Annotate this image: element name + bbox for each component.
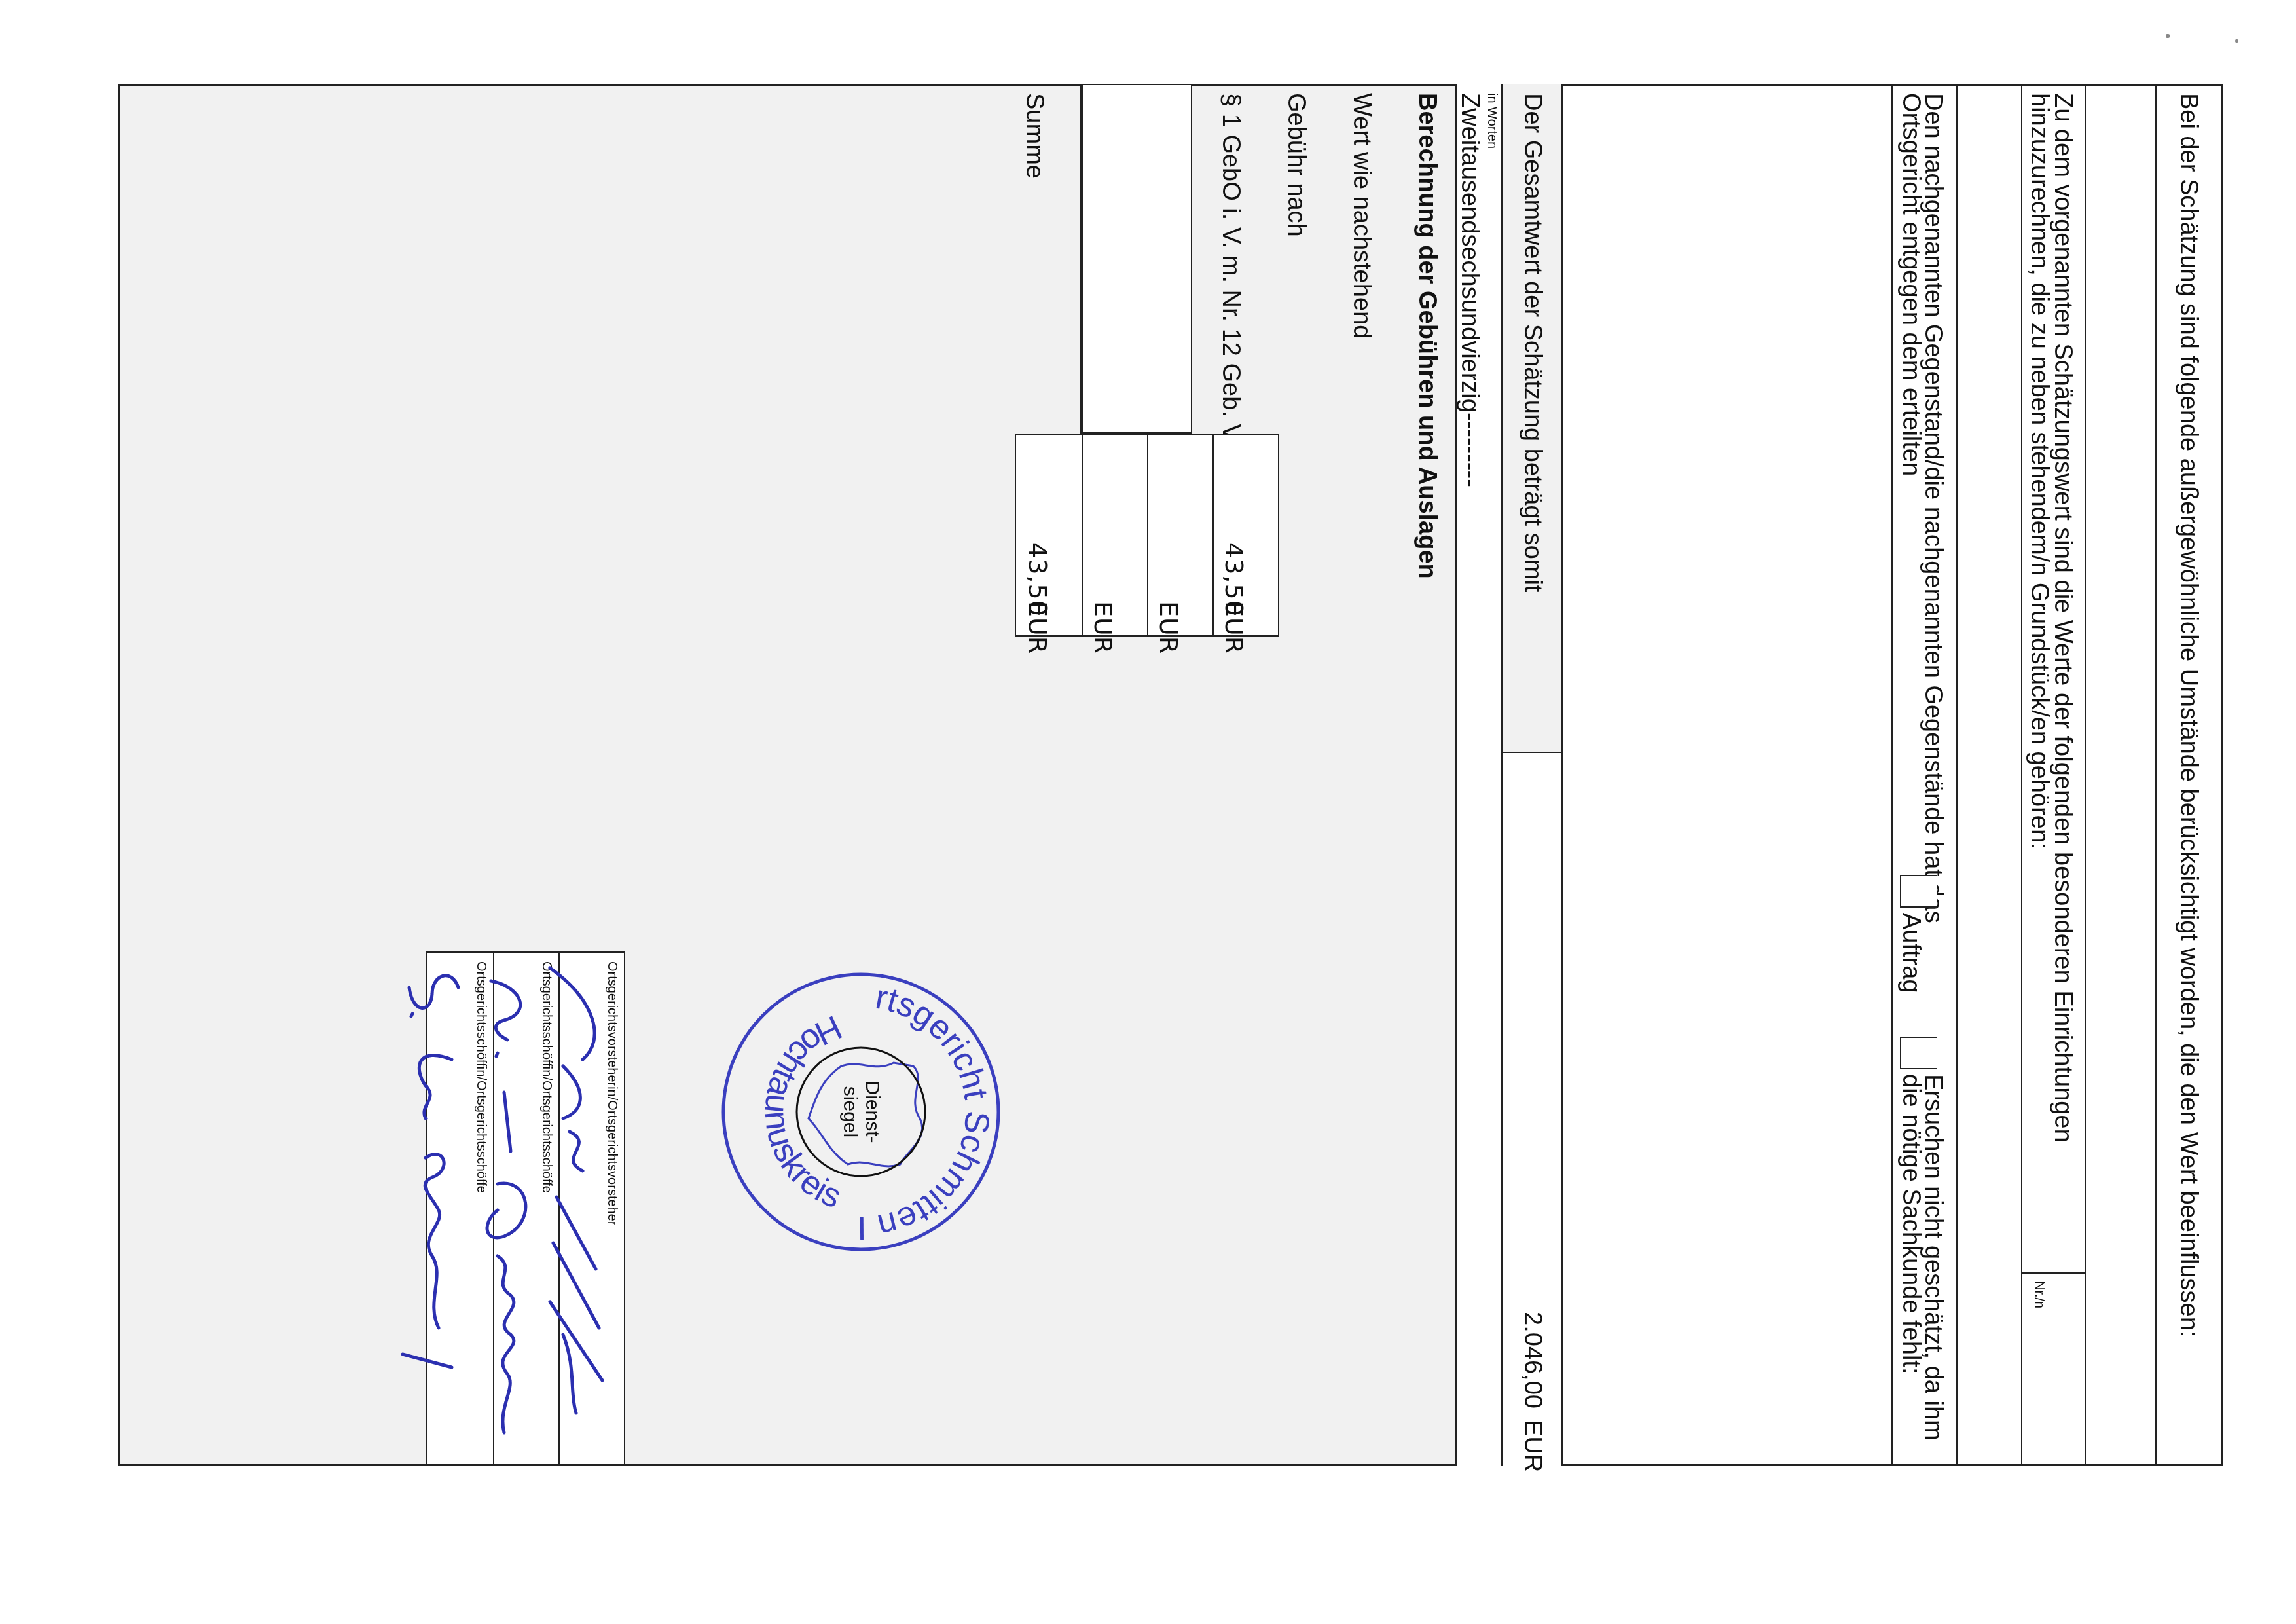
- facilities-label-line2: hinzuzurechnen, die zu neben stehendem/n…: [2025, 93, 2054, 850]
- form-page: Bei der Schätzung sind folgende außergew…: [118, 84, 2223, 1466]
- not-estimated-label-line2: Ortsgericht entgegen dem erteilten: [1897, 93, 1925, 476]
- fees-section: [118, 84, 1457, 1466]
- signature-assessor-2: [393, 961, 478, 1472]
- fees-row-label: Wert wie nachstehend: [1347, 93, 1376, 339]
- extra-currency: EUR: [1089, 601, 1118, 654]
- total-currency: EUR: [1518, 1420, 1547, 1472]
- signature-chair: [537, 961, 609, 1420]
- sum-currency: EUR: [1023, 601, 1052, 654]
- official-seal: Ortsgericht Schmitten II Hochtaunuskreis…: [717, 968, 1005, 1256]
- circumstances-field[interactable]: [2086, 84, 2155, 1466]
- fees-row-label: § 1 GebO i. V. m. Nr. 12 Geb. Verz.: [1216, 93, 1245, 481]
- total-amount[interactable]: 2.046,00: [1518, 1312, 1547, 1409]
- expenses-currency: EUR: [1154, 601, 1183, 654]
- scan-artifact: [2235, 39, 2238, 43]
- seal-inner-1: Dienst-: [862, 1080, 883, 1143]
- auftrag-checkbox[interactable]: [1900, 875, 1937, 908]
- scan-artifact: [2166, 34, 2170, 38]
- ersuchen-label-line2: die nötige Sachkunde fehlt:: [1897, 1074, 1925, 1374]
- fees-row-label: Gebühr nach: [1282, 93, 1311, 237]
- svg-text:Hochtaunuskreis: Hochtaunuskreis: [757, 1008, 847, 1216]
- fees-title: Berechnung der Gebühren und Auslagen: [1413, 93, 1442, 579]
- auftrag-label: Auftrag: [1897, 913, 1925, 993]
- facilities-field[interactable]: [1955, 84, 2020, 1466]
- facilities-nr-label: Nr./n: [2032, 1281, 2047, 1308]
- not-estimated-field[interactable]: [1567, 84, 1891, 1466]
- seal-inner-2: siegel: [839, 1086, 861, 1137]
- in-words-label: in Worten: [1484, 93, 1500, 149]
- signature-assessor-1: [471, 961, 543, 1472]
- circumstances-label: Bei der Schätzung sind folgende außergew…: [2174, 93, 2203, 1337]
- fee-currency: EUR: [1220, 601, 1248, 654]
- ersuchen-checkbox[interactable]: [1900, 1037, 1937, 1069]
- total-label: Der Gesamtwert der Schätzung beträgt som…: [1518, 93, 1547, 592]
- fees-row-label: Summe: [1020, 93, 1049, 179]
- in-words-value[interactable]: Zweitausendsechsundvierzig---------: [1455, 93, 1484, 487]
- seal-text-bottom: Hochtaunuskreis: [757, 1008, 847, 1216]
